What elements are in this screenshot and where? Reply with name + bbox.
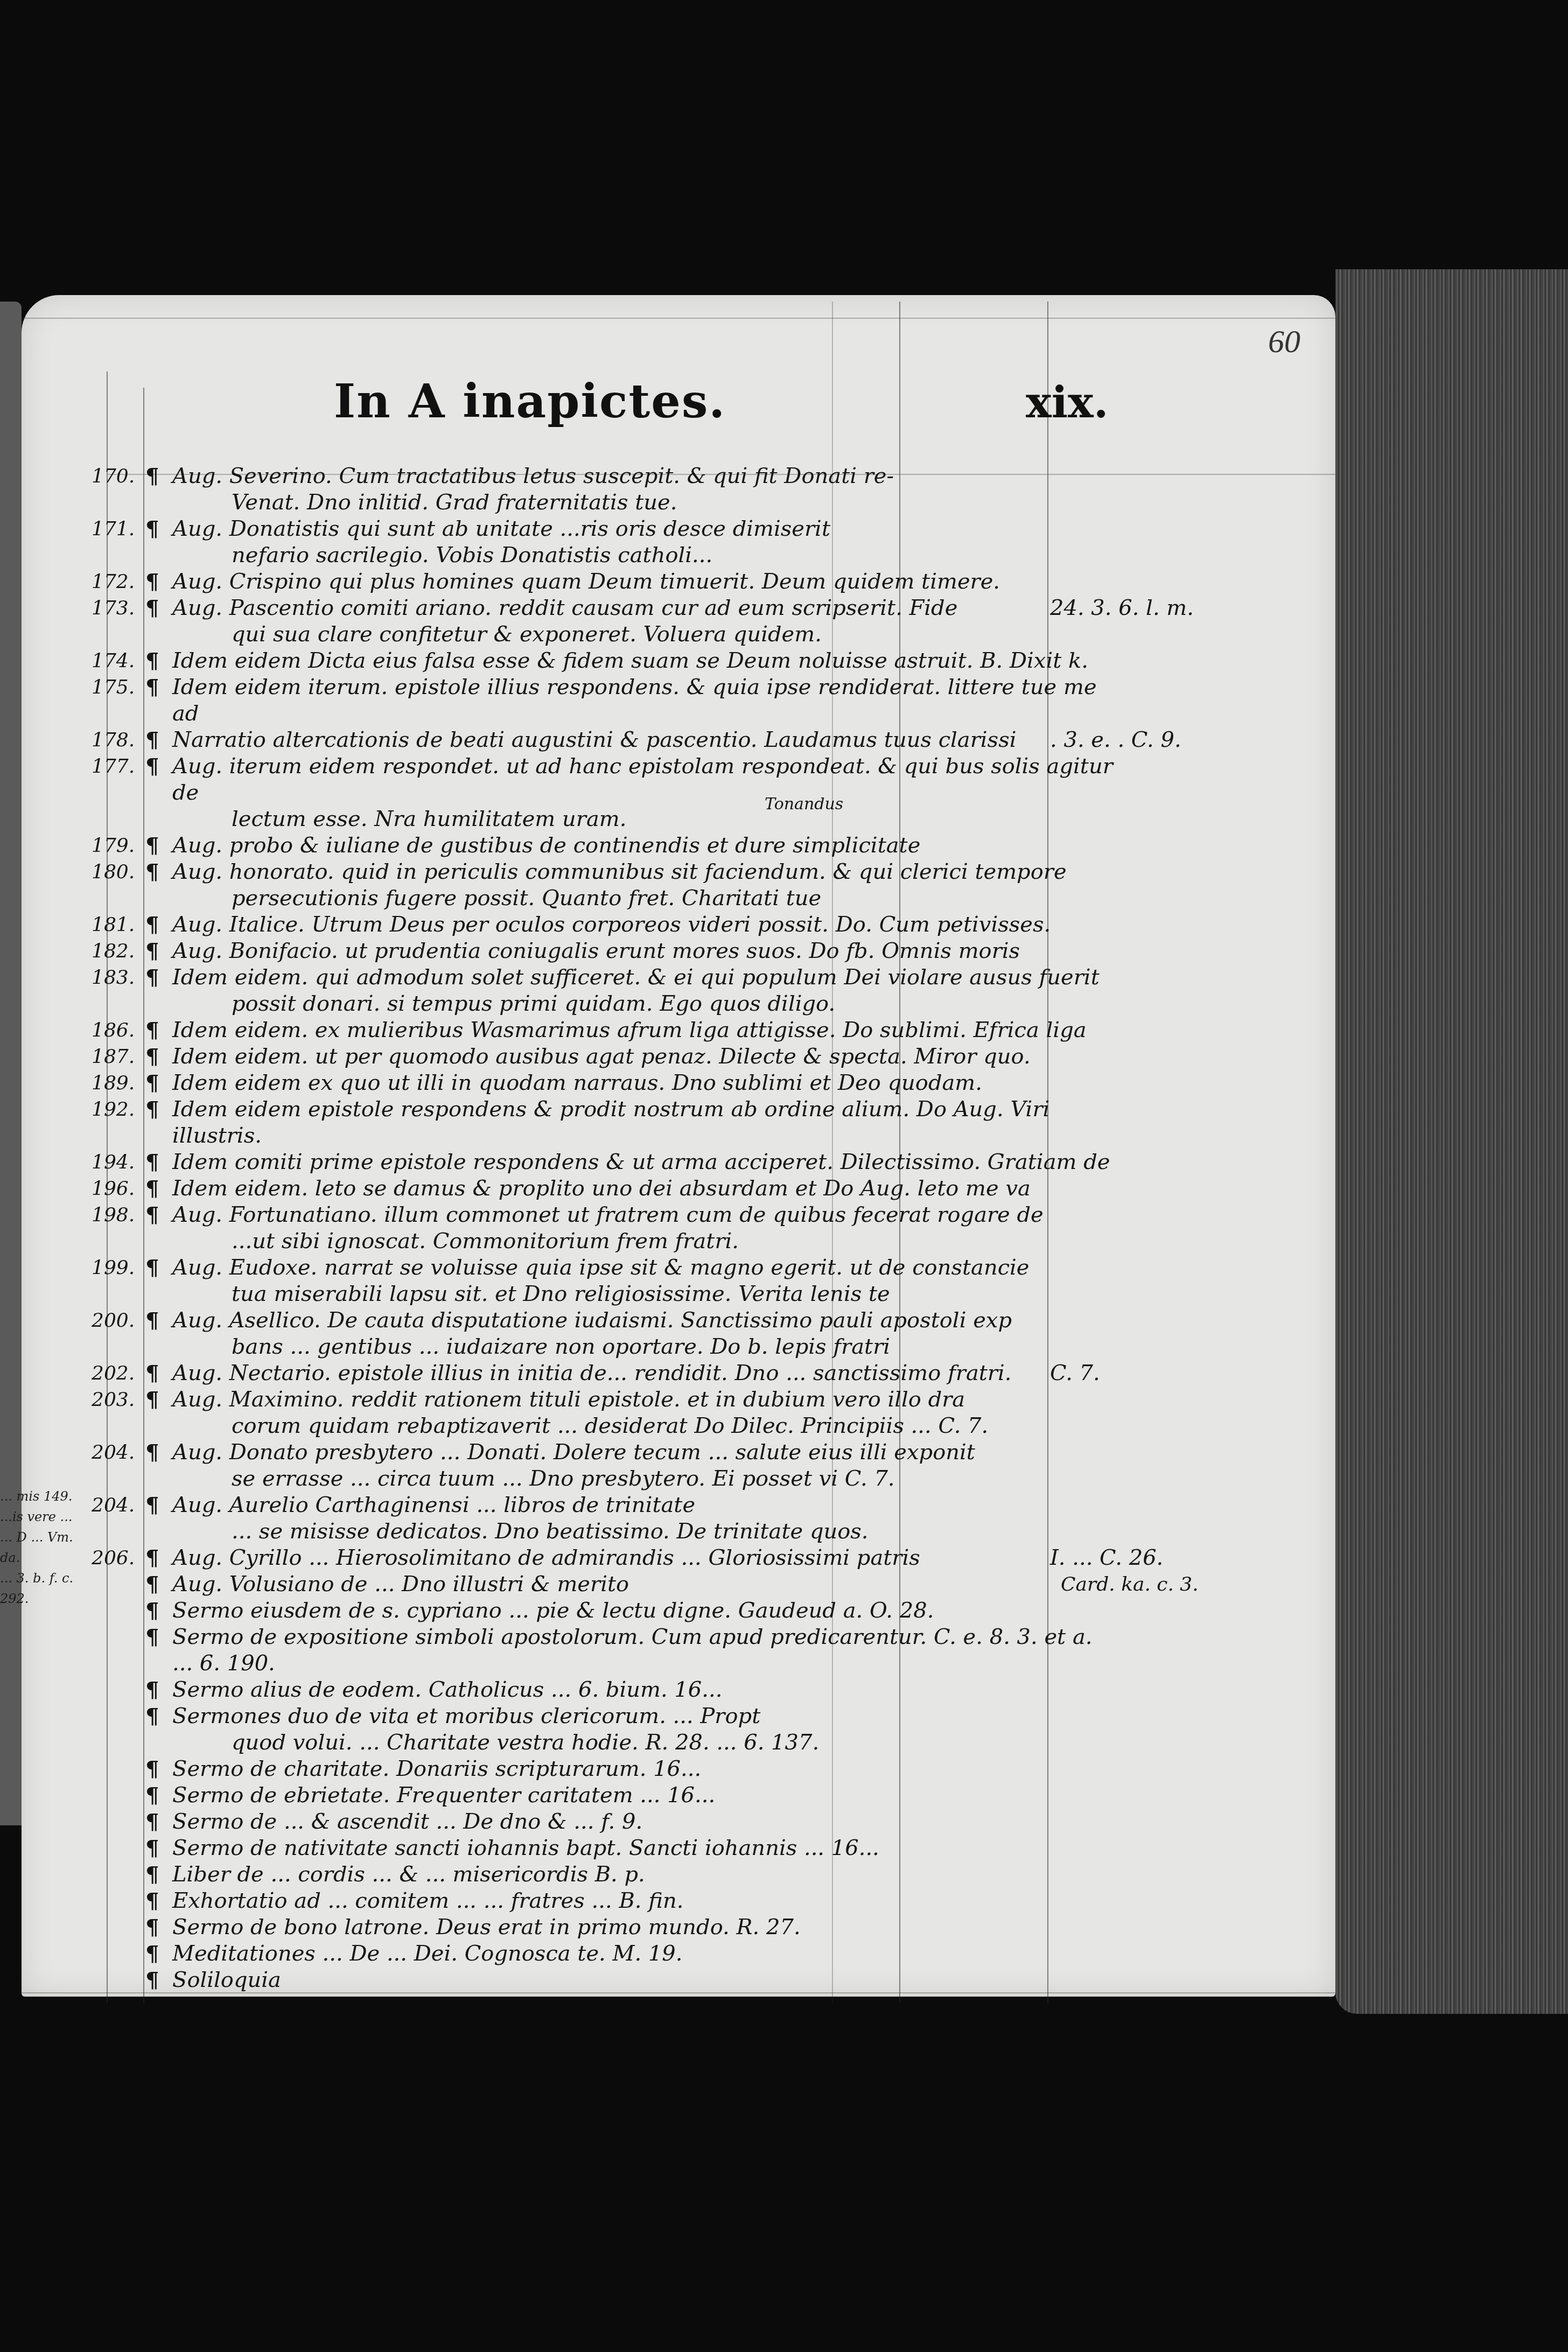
pilcrow-icon: ¶ xyxy=(145,1202,172,1228)
entry-line: quod volui. ... Charitate vestra hodie. … xyxy=(172,1730,1115,1756)
entry-number: 179. xyxy=(92,832,145,859)
entry-line: Aug. honorato. quid in periculis communi… xyxy=(172,859,1067,884)
list-item: ¶Exhortatio ad ... comitem ... ... fratr… xyxy=(92,1888,1276,1914)
entry-text: Aug. Pascentio comiti ariano. reddit cau… xyxy=(172,595,1115,648)
entry-number: 186. xyxy=(92,1017,145,1044)
entry-text: Aug. Volusiano de ... Dno illustri & mer… xyxy=(172,1571,1115,1598)
entry-line: Sermo de expositione simboli apostolorum… xyxy=(172,1625,1092,1676)
pilcrow-icon: ¶ xyxy=(145,1255,172,1281)
entry-line: Aug. Nectario. epistole illius in initia… xyxy=(172,1361,1012,1385)
entry-text: Idem eidem. ut per quomodo ausibus agat … xyxy=(172,1044,1115,1070)
entry-number: 194. xyxy=(92,1149,145,1175)
list-item: ¶Liber de ... cordis ... & ... misericor… xyxy=(92,1861,1276,1888)
entry-text: Sermo de charitate. Donariis scripturaru… xyxy=(172,1756,1115,1782)
entry-line: Venat. Dno inlitid. Grad fraternitatis t… xyxy=(172,489,1115,516)
entry-text: Aug. Eudoxe. narrat se voluisse quia ips… xyxy=(172,1255,1115,1307)
entry-text: Sermo de ebrietate. Frequenter caritatem… xyxy=(172,1782,1115,1809)
entry-text: Aug. Bonifacio. ut prudentia coniugalis … xyxy=(172,938,1115,964)
pilcrow-icon: ¶ xyxy=(145,938,172,964)
pilcrow-icon: ¶ xyxy=(145,832,172,859)
entry-text: Aug. Donato presbytero ... Donati. Doler… xyxy=(172,1439,1115,1492)
margin-note-line: ... 3. b. f. c. 292. xyxy=(0,1568,75,1609)
list-item: ¶Soliloquia xyxy=(92,1967,1276,1993)
entry-text: Aug. Severino. Cum tractatibus letus sus… xyxy=(172,463,1115,516)
list-item: 204.¶Aug. Aurelio Carthaginensi ... libr… xyxy=(92,1492,1276,1545)
pilcrow-icon: ¶ xyxy=(145,1809,172,1835)
folio-number: 60 xyxy=(1268,323,1300,360)
entry-text: Aug. honorato. quid in periculis communi… xyxy=(172,859,1115,912)
entry-text: Aug. Nectario. epistole illius in initia… xyxy=(172,1360,1115,1387)
list-item: 189.¶Idem eidem ex quo ut illi in quodam… xyxy=(92,1070,1276,1096)
pilcrow-icon: ¶ xyxy=(145,1677,172,1703)
entry-line: Idem eidem. leto se damus & proplito uno… xyxy=(172,1176,1031,1201)
entry-text: Sermo eiusdem de s. cypriano ... pie & l… xyxy=(172,1598,1115,1624)
entry-number: 174. xyxy=(92,648,145,674)
list-item: ¶Sermo de charitate. Donariis scripturar… xyxy=(92,1756,1276,1782)
entry-line: Soliloquia xyxy=(172,1968,281,1992)
page-heading: In A inapictes. xyxy=(334,374,726,429)
pilcrow-icon: ¶ xyxy=(145,1070,172,1096)
entry-line: Aug. Italice. Utrum Deus per oculos corp… xyxy=(172,912,1051,937)
entry-text: Sermones duo de vita et moribus clericor… xyxy=(172,1703,1115,1756)
entry-number: 173. xyxy=(92,595,145,621)
entry-text: Aug. Crispino qui plus homines quam Deum… xyxy=(172,569,1115,595)
list-item: ¶Meditationes ... De ... Dei. Cognosca t… xyxy=(92,1941,1276,1967)
list-item: 177.¶Aug. iterum eidem respondet. ut ad … xyxy=(92,753,1276,832)
entry-line: Aug. Bonifacio. ut prudentia coniugalis … xyxy=(172,939,1020,963)
entry-text: Aug. Cyrillo ... Hierosolimitano de admi… xyxy=(172,1545,1115,1571)
entry-text: Narratio altercationis de beati augustin… xyxy=(172,727,1115,753)
entry-line: Aug. Severino. Cum tractatibus letus sus… xyxy=(172,464,894,488)
entry-line: Aug. iterum eidem respondet. ut ad hanc … xyxy=(172,754,1113,805)
list-item: ¶Sermo de expositione simboli apostoloru… xyxy=(92,1624,1276,1677)
list-item: 192.¶Idem eidem epistole respondens & pr… xyxy=(92,1096,1276,1149)
pilcrow-icon: ¶ xyxy=(145,595,172,621)
list-item: 204.¶Aug. Donato presbytero ... Donati. … xyxy=(92,1439,1276,1492)
entry-text: Idem eidem iterum. epistole illius respo… xyxy=(172,674,1115,727)
entry-number: 203. xyxy=(92,1387,145,1413)
entry-text: Idem eidem. leto se damus & proplito uno… xyxy=(172,1175,1115,1202)
entry-number: 182. xyxy=(92,938,145,964)
entry-text: Idem eidem epistole respondens & prodit … xyxy=(172,1096,1115,1149)
entry-line: Meditationes ... De ... Dei. Cognosca te… xyxy=(172,1941,683,1966)
entry-line: Aug. Asellico. De cauta disputatione iud… xyxy=(172,1308,1012,1333)
entry-number: 180. xyxy=(92,859,145,885)
pilcrow-icon: ¶ xyxy=(145,1941,172,1967)
entry-line: Idem eidem. qui admodum solet sufficeret… xyxy=(172,965,1100,990)
entry-line: Sermo de bono latrone. Deus erat in prim… xyxy=(172,1915,801,1940)
entry-line: qui sua clare confitetur & exponeret. Vo… xyxy=(172,621,1115,648)
entry-number: 175. xyxy=(92,674,145,701)
entry-number: 183. xyxy=(92,964,145,991)
list-item: 175.¶Idem eidem iterum. epistole illius … xyxy=(92,674,1276,727)
entry-text: Sermo alius de eodem. Catholicus ... 6. … xyxy=(172,1677,1115,1703)
pilcrow-icon: ¶ xyxy=(145,648,172,674)
list-item: 170.¶Aug. Severino. Cum tractatibus letu… xyxy=(92,463,1276,516)
list-item: 194.¶Idem comiti prime epistole responde… xyxy=(92,1149,1276,1175)
entry-line: Aug. Donatistis qui sunt ab unitate ...r… xyxy=(172,516,830,541)
list-item: ¶Sermo de bono latrone. Deus erat in pri… xyxy=(92,1914,1276,1941)
book-fore-edge xyxy=(1335,269,1568,2014)
pilcrow-icon: ¶ xyxy=(145,1703,172,1730)
pilcrow-icon: ¶ xyxy=(145,964,172,991)
entry-line: Idem eidem iterum. epistole illius respo… xyxy=(172,675,1097,726)
entry-line: Exhortatio ad ... comitem ... ... fratre… xyxy=(172,1888,683,1913)
entry-line: Sermo eiusdem de s. cypriano ... pie & l… xyxy=(172,1598,934,1623)
entry-text: Sermo de bono latrone. Deus erat in prim… xyxy=(172,1914,1115,1941)
pilcrow-icon: ¶ xyxy=(145,1439,172,1466)
list-item: 180.¶Aug. honorato. quid in periculis co… xyxy=(92,859,1276,912)
entry-number: 204. xyxy=(92,1439,145,1466)
entry-line: corum quidam rebaptizaverit ... desidera… xyxy=(172,1413,1115,1439)
pilcrow-icon: ¶ xyxy=(145,1861,172,1888)
pilcrow-icon: ¶ xyxy=(145,753,172,780)
list-item: 202.¶Aug. Nectario. epistole illius in i… xyxy=(92,1360,1276,1387)
entry-line: ... se misisse dedicatos. Dno beatissimo… xyxy=(172,1518,1115,1545)
list-item: 179.¶Aug. probo & iuliane de gustibus de… xyxy=(92,832,1276,859)
entry-text: Sermo de ... & ascendit ... De dno & ...… xyxy=(172,1809,1115,1835)
pilcrow-icon: ¶ xyxy=(145,1888,172,1914)
pilcrow-icon: ¶ xyxy=(145,727,172,753)
entry-text: Sermo de nativitate sancti iohannis bapt… xyxy=(172,1835,1115,1861)
list-item: 181.¶Aug. Italice. Utrum Deus per oculos… xyxy=(92,912,1276,938)
list-item: ¶Sermo de ... & ascendit ... De dno & ..… xyxy=(92,1809,1276,1835)
list-item: 174.¶Idem eidem Dicta eius falsa esse & … xyxy=(92,648,1276,674)
pilcrow-icon: ¶ xyxy=(145,1756,172,1782)
entry-line: Sermo de ... & ascendit ... De dno & ...… xyxy=(172,1809,642,1834)
margin-note-line: ...is vere ... xyxy=(0,1507,75,1527)
entry-line: Liber de ... cordis ... & ... misericord… xyxy=(172,1862,645,1887)
pilcrow-icon: ¶ xyxy=(145,1096,172,1123)
entry-number: 171. xyxy=(92,516,145,542)
entry-line: Idem eidem Dicta eius falsa esse & fidem… xyxy=(172,648,1088,673)
entry-number: 177. xyxy=(92,753,145,780)
entry-line: Aug. Fortunatiano. illum commonet ut fra… xyxy=(172,1202,1044,1227)
list-item: 187.¶Idem eidem. ut per quomodo ausibus … xyxy=(92,1044,1276,1070)
entry-number: 206. xyxy=(92,1545,145,1571)
entry-line: Sermo alius de eodem. Catholicus ... 6. … xyxy=(172,1677,722,1702)
pilcrow-icon: ¶ xyxy=(145,1387,172,1413)
margin-note-line: ... D ... Vm. da. xyxy=(0,1527,75,1568)
entry-line: Sermo de nativitate sancti iohannis bapt… xyxy=(172,1836,879,1860)
list-item: 171.¶Aug. Donatistis qui sunt ab unitate… xyxy=(92,516,1276,569)
entry-line: Idem eidem epistole respondens & prodit … xyxy=(172,1097,1049,1148)
list-item: 206.¶Aug. Cyrillo ... Hierosolimitano de… xyxy=(92,1545,1276,1571)
entry-number: 178. xyxy=(92,727,145,753)
entry-text: Soliloquia xyxy=(172,1967,1115,1993)
reference-note: 24. 3. 6. l. m. xyxy=(1050,595,1194,621)
reference-note: . 3. e. . C. 9. xyxy=(1050,727,1181,753)
list-item: ¶Sermones duo de vita et moribus clerico… xyxy=(92,1703,1276,1756)
entry-line: Aug. Cyrillo ... Hierosolimitano de admi… xyxy=(172,1545,920,1570)
pilcrow-icon: ¶ xyxy=(145,569,172,595)
pilcrow-icon: ¶ xyxy=(145,1624,172,1650)
reference-note: C. 7. xyxy=(1050,1360,1100,1387)
entry-text: Idem comiti prime epistole respondens & … xyxy=(172,1149,1115,1175)
pilcrow-icon: ¶ xyxy=(145,1492,172,1518)
entry-line: Aug. Crispino qui plus homines quam Deum… xyxy=(172,569,1000,594)
pilcrow-icon: ¶ xyxy=(145,1967,172,1993)
entry-line: bans ... gentibus ... iudaizare non opor… xyxy=(172,1334,1115,1360)
pilcrow-icon: ¶ xyxy=(145,674,172,701)
pilcrow-icon: ¶ xyxy=(145,1545,172,1571)
pilcrow-icon: ¶ xyxy=(145,1044,172,1070)
entry-list: 170.¶Aug. Severino. Cum tractatibus letu… xyxy=(92,463,1276,1993)
list-item: 200.¶Aug. Asellico. De cauta disputation… xyxy=(92,1307,1276,1360)
entry-line: Idem eidem ex quo ut illi in quodam narr… xyxy=(172,1070,982,1095)
entry-line: Aug. Pascentio comiti ariano. reddit cau… xyxy=(172,596,957,620)
entry-line: Aug. Eudoxe. narrat se voluisse quia ips… xyxy=(172,1255,1030,1280)
entry-text: Aug. Maximino. reddit rationem tituli ep… xyxy=(172,1387,1115,1439)
entry-text: Aug. Donatistis qui sunt ab unitate ...r… xyxy=(172,516,1115,569)
entry-number: 198. xyxy=(92,1202,145,1228)
pilcrow-icon: ¶ xyxy=(145,1598,172,1624)
interlinear-note: Tonandus xyxy=(765,791,843,817)
pilcrow-icon: ¶ xyxy=(145,1360,172,1387)
entry-line: Idem comiti prime epistole respondens & … xyxy=(172,1150,1110,1174)
entry-text: Sermo de expositione simboli apostolorum… xyxy=(172,1624,1115,1677)
entry-line: lectum esse. Nra humilitatem uram. xyxy=(172,806,1115,832)
entry-text: Aug. Italice. Utrum Deus per oculos corp… xyxy=(172,912,1115,938)
entry-number: 192. xyxy=(92,1096,145,1123)
entry-number: 172. xyxy=(92,569,145,595)
list-item: ¶Sermo alius de eodem. Catholicus ... 6.… xyxy=(92,1677,1276,1703)
pilcrow-icon: ¶ xyxy=(145,463,172,489)
pilcrow-icon: ¶ xyxy=(145,1571,172,1598)
entry-number: 204. xyxy=(92,1492,145,1518)
list-item: 172.¶Aug. Crispino qui plus homines quam… xyxy=(92,569,1276,595)
pilcrow-icon: ¶ xyxy=(145,1149,172,1175)
pilcrow-icon: ¶ xyxy=(145,1782,172,1809)
entry-number: 189. xyxy=(92,1070,145,1096)
entry-line: se errasse ... circa tuum ... Dno presby… xyxy=(172,1466,1115,1492)
list-item: 182.¶Aug. Bonifacio. ut prudentia coniug… xyxy=(92,938,1276,964)
list-item: 203.¶Aug. Maximino. reddit rationem titu… xyxy=(92,1387,1276,1439)
list-item: 198.¶Aug. Fortunatiano. illum commonet u… xyxy=(92,1202,1276,1255)
pilcrow-icon: ¶ xyxy=(145,1307,172,1334)
pilcrow-icon: ¶ xyxy=(145,516,172,542)
entry-line: possit donari. si tempus primi quidam. E… xyxy=(172,991,1115,1017)
list-item: 178.¶Narratio altercationis de beati aug… xyxy=(92,727,1276,753)
entry-number: 196. xyxy=(92,1175,145,1202)
entry-line: Sermones duo de vita et moribus clericor… xyxy=(172,1704,760,1728)
entry-number: 170. xyxy=(92,463,145,489)
entry-line: ...ut sibi ignoscat. Commonitorium frem … xyxy=(172,1228,1115,1255)
pilcrow-icon: ¶ xyxy=(145,1835,172,1861)
entry-number: 181. xyxy=(92,912,145,938)
entry-line: Aug. Donato presbytero ... Donati. Doler… xyxy=(172,1440,975,1465)
entry-line: Sermo de ebrietate. Frequenter caritatem… xyxy=(172,1783,715,1808)
entry-line: persecutionis fugere possit. Quanto fret… xyxy=(172,885,1115,912)
entry-text: Idem eidem. qui admodum solet sufficeret… xyxy=(172,964,1115,1017)
entry-text: Liber de ... cordis ... & ... misericord… xyxy=(172,1861,1115,1888)
entry-text: Meditationes ... De ... Dei. Cognosca te… xyxy=(172,1941,1115,1967)
entry-text: Aug. Aurelio Carthaginensi ... libros de… xyxy=(172,1492,1115,1545)
list-item: 173.¶Aug. Pascentio comiti ariano. reddi… xyxy=(92,595,1276,648)
list-item: 183.¶Idem eidem. qui admodum solet suffi… xyxy=(92,964,1276,1017)
entry-line: Aug. Aurelio Carthaginensi ... libros de… xyxy=(172,1493,695,1517)
running-header: xix. xyxy=(1026,377,1109,428)
list-item: ¶Sermo eiusdem de s. cypriano ... pie & … xyxy=(92,1598,1276,1624)
list-item: 186.¶Idem eidem. ex mulieribus Wasmarimu… xyxy=(92,1017,1276,1044)
entry-text: Idem eidem. ex mulieribus Wasmarimus afr… xyxy=(172,1017,1115,1044)
pilcrow-icon: ¶ xyxy=(145,859,172,885)
pilcrow-icon: ¶ xyxy=(145,912,172,938)
entry-line: Idem eidem. ut per quomodo ausibus agat … xyxy=(172,1044,1031,1069)
entry-line: Idem eidem. ex mulieribus Wasmarimus afr… xyxy=(172,1018,1087,1042)
list-item: ¶Sermo de ebrietate. Frequenter caritate… xyxy=(92,1782,1276,1809)
list-item: ¶Sermo de nativitate sancti iohannis bap… xyxy=(92,1835,1276,1861)
list-item: ¶Aug. Volusiano de ... Dno illustri & me… xyxy=(92,1571,1276,1598)
entry-number: 199. xyxy=(92,1255,145,1281)
entry-line: tua miserabili lapsu sit. et Dno religio… xyxy=(172,1281,1115,1307)
list-item: 196.¶Idem eidem. leto se damus & proplit… xyxy=(92,1175,1276,1202)
entry-line: nefario sacrilegio. Vobis Donatistis cat… xyxy=(172,542,1115,569)
entry-line: Aug. Volusiano de ... Dno illustri & mer… xyxy=(172,1572,629,1597)
entry-text: Aug. iterum eidem respondet. ut ad hanc … xyxy=(172,753,1115,832)
pilcrow-icon: ¶ xyxy=(145,1175,172,1202)
margin-note-line: ... mis 149. xyxy=(0,1486,75,1507)
entry-text: Aug. Asellico. De cauta disputatione iud… xyxy=(172,1307,1115,1360)
entry-text: Aug. Fortunatiano. illum commonet ut fra… xyxy=(172,1202,1115,1255)
pilcrow-icon: ¶ xyxy=(145,1914,172,1941)
entry-line: Aug. Maximino. reddit rationem tituli ep… xyxy=(172,1387,965,1412)
list-item: 199.¶Aug. Eudoxe. narrat se voluisse qui… xyxy=(92,1255,1276,1307)
entry-text: Exhortatio ad ... comitem ... ... fratre… xyxy=(172,1888,1115,1914)
entry-line: Sermo de charitate. Donariis scripturaru… xyxy=(172,1756,701,1781)
reference-note: I. ... C. 26. xyxy=(1050,1545,1163,1571)
entry-text: Idem eidem ex quo ut illi in quodam narr… xyxy=(172,1070,1115,1096)
entry-number: 200. xyxy=(92,1307,145,1334)
entry-line: Aug. probo & iuliane de gustibus de cont… xyxy=(172,833,920,858)
entry-number: 202. xyxy=(92,1360,145,1387)
entry-line: Narratio altercationis de beati augustin… xyxy=(172,727,1016,752)
entry-text: Idem eidem Dicta eius falsa esse & fidem… xyxy=(172,648,1115,674)
pilcrow-icon: ¶ xyxy=(145,1017,172,1044)
marginal-note: ... mis 149. ...is vere ... ... D ... Vm… xyxy=(0,1486,75,1609)
ruling-line xyxy=(22,318,1335,319)
entry-number: 187. xyxy=(92,1044,145,1070)
entry-text: Aug. probo & iuliane de gustibus de cont… xyxy=(172,832,1115,859)
